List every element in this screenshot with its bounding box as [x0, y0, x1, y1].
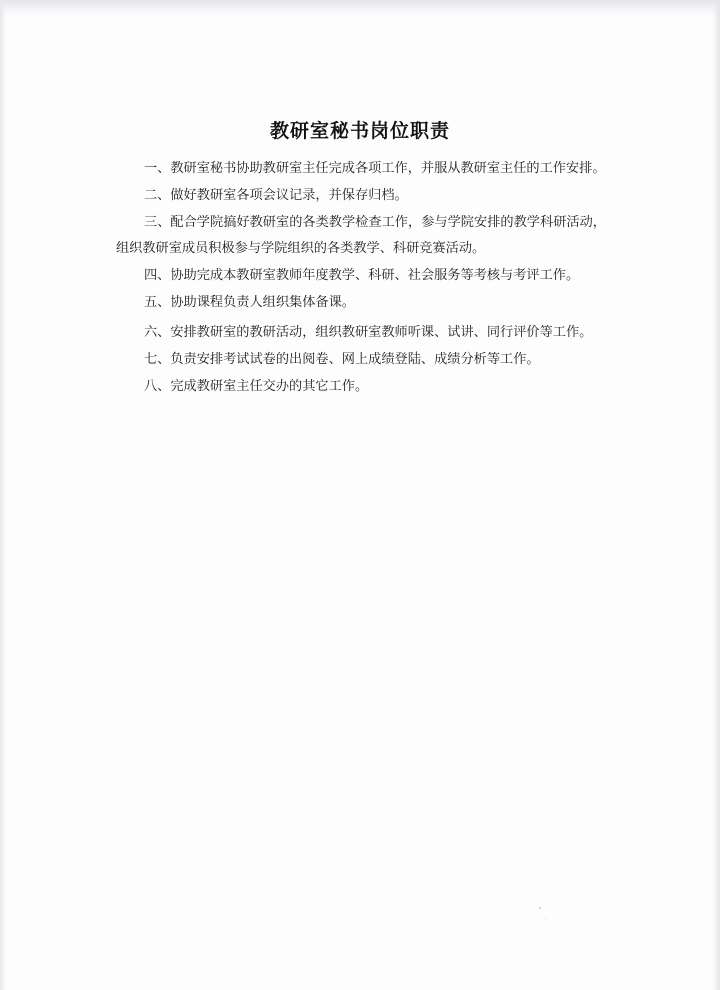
scan-speck [545, 918, 546, 919]
duty-item-5: 五、协助课程负责人组织集体备课。 [116, 290, 606, 316]
scan-edge-shadow-top [0, 0, 720, 16]
duty-item-4: 四、协助完成本教研室教师年度教学、科研、社会服务等考核与考评工作。 [116, 263, 606, 289]
duty-item-6: 六、安排教研室的教研活动，组织教研室教师听课、试讲、同行评价等工作。 [116, 320, 606, 346]
duty-item-7: 七、负责安排考试试卷的出阅卷、网上成绩登陆、成绩分析等工作。 [116, 347, 606, 373]
duty-item-1: 一、教研室秘书协助教研室主任完成各项工作，并服从教研室主任的工作安排。 [116, 156, 606, 182]
scan-edge-shadow-left [0, 0, 6, 990]
duty-item-3: 三、配合学院搞好教研室的各类教学检查工作，参与学院安排的教学科研活动，组织教研室… [116, 210, 606, 262]
document-title: 教研室秘书岗位职责 [0, 116, 720, 143]
duty-item-2: 二、做好教研室各项会议记录，并保存归档。 [116, 183, 606, 209]
document-page: 教研室秘书岗位职责 一、教研室秘书协助教研室主任完成各项工作，并服从教研室主任的… [0, 0, 720, 990]
duty-item-8: 八、完成教研室主任交办的其它工作。 [116, 374, 606, 400]
duties-list: 一、教研室秘书协助教研室主任完成各项工作，并服从教研室主任的工作安排。 二、做好… [116, 156, 606, 401]
scan-edge-shadow-right [712, 0, 720, 990]
scan-speck [539, 907, 541, 909]
